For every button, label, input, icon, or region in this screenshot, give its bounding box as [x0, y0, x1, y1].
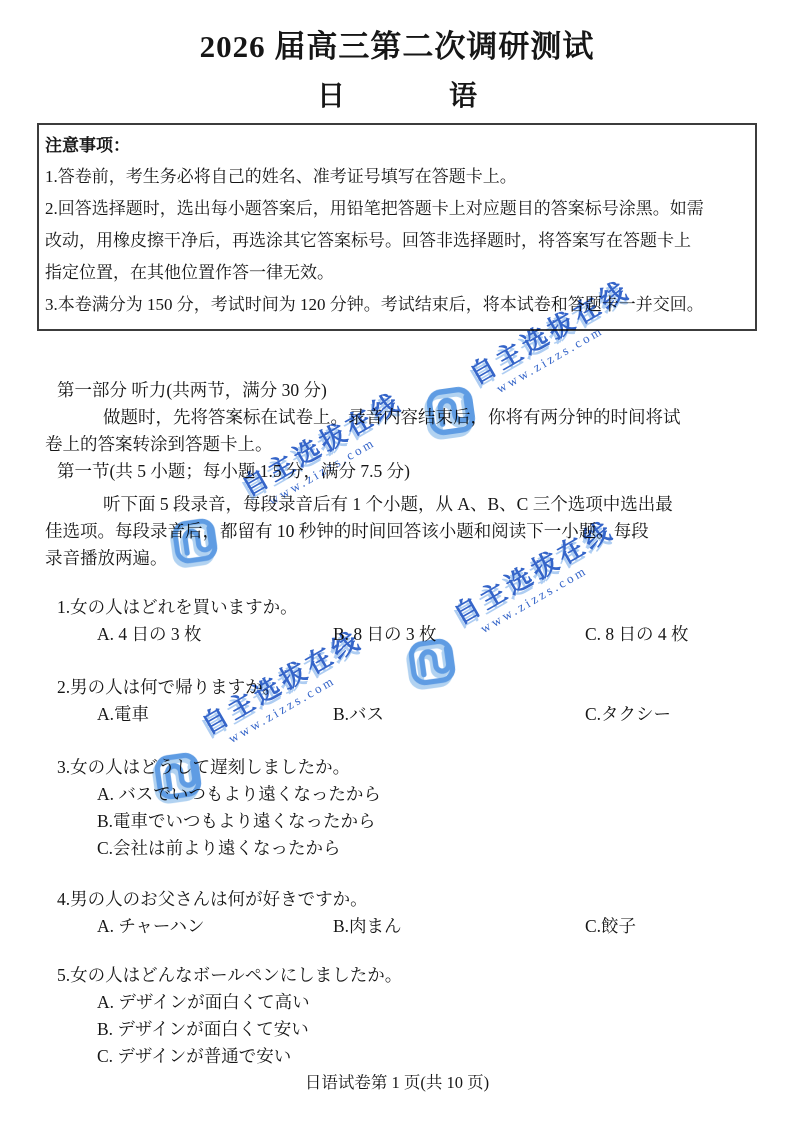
question-4-option-c: C.餃子 — [585, 913, 636, 940]
subject-line: 日 语 — [0, 79, 794, 115]
question-1-option-c: C. 8 日の 4 枚 — [585, 621, 689, 648]
question-1-options: A. 4 日の 3 枚 B. 8 日の 3 枚 C. 8 日の 4 枚 — [45, 621, 756, 648]
question-5-option-c: C. デザインが普通で安い — [97, 1043, 756, 1070]
question-1-option-a: A. 4 日の 3 枚 — [97, 621, 202, 648]
question-3: 3.女の人はどうして遅刻しましたか。 A. バスでいつもより遠くなったから B.… — [45, 754, 756, 862]
section1-intro-line-2: 佳选项。每段录音后，都留有 10 秒钟的时间回答该小题和阅读下一小题。每段 — [45, 518, 756, 545]
section1-heading: 第一节(共 5 小题；每小题 1.5 分，满分 7.5 分) — [57, 458, 756, 485]
page-footer: 日语试卷第 1 页(共 10 页) — [0, 1072, 794, 1094]
question-5-stem: 5.女の人はどんなボールペンにしましたか。 — [57, 962, 756, 989]
question-2-options: A.電車 B.バス C.タクシー — [45, 701, 756, 728]
question-2: 2.男の人は何で帰りますか。 A.電車 B.バス C.タクシー — [45, 674, 756, 728]
part1-intro-line-1: 做题时，先将答案标在试卷上。录音内容结束后，你将有两分钟的时间将试 — [45, 404, 756, 431]
notice-line-1: 1.答卷前，考生务必将自己的姓名、准考证号填写在答题卡上。 — [45, 161, 747, 193]
listening-section: 第一部分 听力(共两节，满分 30 分) 做题时，先将答案标在试卷上。录音内容结… — [45, 377, 756, 1070]
question-3-option-c: C.会社は前より遠くなったから — [97, 835, 756, 862]
question-4: 4.男の人のお父さんは何が好きですか。 A. チャーハン B.肉まん C.餃子 — [45, 886, 756, 940]
subject-char-ri: 日 — [317, 79, 345, 115]
exam-title: 2026 届高三第二次调研测试 — [0, 27, 794, 67]
question-3-stem: 3.女の人はどうして遅刻しましたか。 — [57, 754, 756, 781]
question-2-stem: 2.男の人は何で帰りますか。 — [57, 674, 756, 701]
question-2-option-b: B.バス — [333, 701, 384, 728]
question-5-option-b: B. デザインが面白くて安い — [97, 1016, 756, 1043]
notice-line-2: 2.回答选择题时，选出每小题答案后，用铅笔把答题卡上对应题目的答案标号涂黑。如需 — [45, 193, 747, 225]
notice-heading: 注意事项： — [45, 131, 747, 161]
question-2-option-a: A.電車 — [97, 701, 149, 728]
question-1: 1.女の人はどれを買いますか。 A. 4 日の 3 枚 B. 8 日の 3 枚 … — [45, 594, 756, 648]
notice-line-4: 指定位置，在其他位置作答一律无效。 — [45, 257, 747, 289]
part1-intro-line-2: 卷上的答案转涂到答题卡上。 — [45, 431, 756, 458]
section1-intro-line-3: 录音播放两遍。 — [45, 545, 756, 572]
question-1-option-b: B. 8 日の 3 枚 — [333, 621, 437, 648]
question-1-stem: 1.女の人はどれを買いますか。 — [57, 594, 756, 621]
question-3-option-b: B.電車でいつもより遠くなったから — [97, 808, 756, 835]
question-5-option-a: A. デザインが面白くて高い — [97, 989, 756, 1016]
question-2-option-c: C.タクシー — [585, 701, 671, 728]
notice-box: 注意事项： 1.答卷前，考生务必将自己的姓名、准考证号填写在答题卡上。 2.回答… — [37, 123, 757, 331]
question-4-stem: 4.男の人のお父さんは何が好きですか。 — [57, 886, 756, 913]
notice-line-5: 3.本卷满分为 150 分，考试时间为 120 分钟。考试结束后，将本试卷和答题… — [45, 289, 747, 321]
section1-intro-line-1: 听下面 5 段录音，每段录音后有 1 个小题，从 A、B、C 三个选项中选出最 — [45, 491, 756, 518]
part1-heading: 第一部分 听力(共两节，满分 30 分) — [57, 377, 756, 404]
question-5: 5.女の人はどんなボールペンにしましたか。 A. デザインが面白くて高い B. … — [45, 962, 756, 1070]
exam-page: 2026 届高三第二次调研测试 日 语 注意事项： 1.答卷前，考生务必将自己的… — [0, 0, 794, 1123]
question-4-option-b: B.肉まん — [333, 913, 402, 940]
question-4-option-a: A. チャーハン — [97, 913, 205, 940]
subject-char-yu: 语 — [449, 79, 477, 115]
question-4-options: A. チャーハン B.肉まん C.餃子 — [45, 913, 756, 940]
question-3-option-a: A. バスでいつもより遠くなったから — [97, 781, 756, 808]
notice-line-3: 改动，用橡皮擦干净后，再选涂其它答案标号。回答非选择题时，将答案写在答题卡上 — [45, 225, 747, 257]
